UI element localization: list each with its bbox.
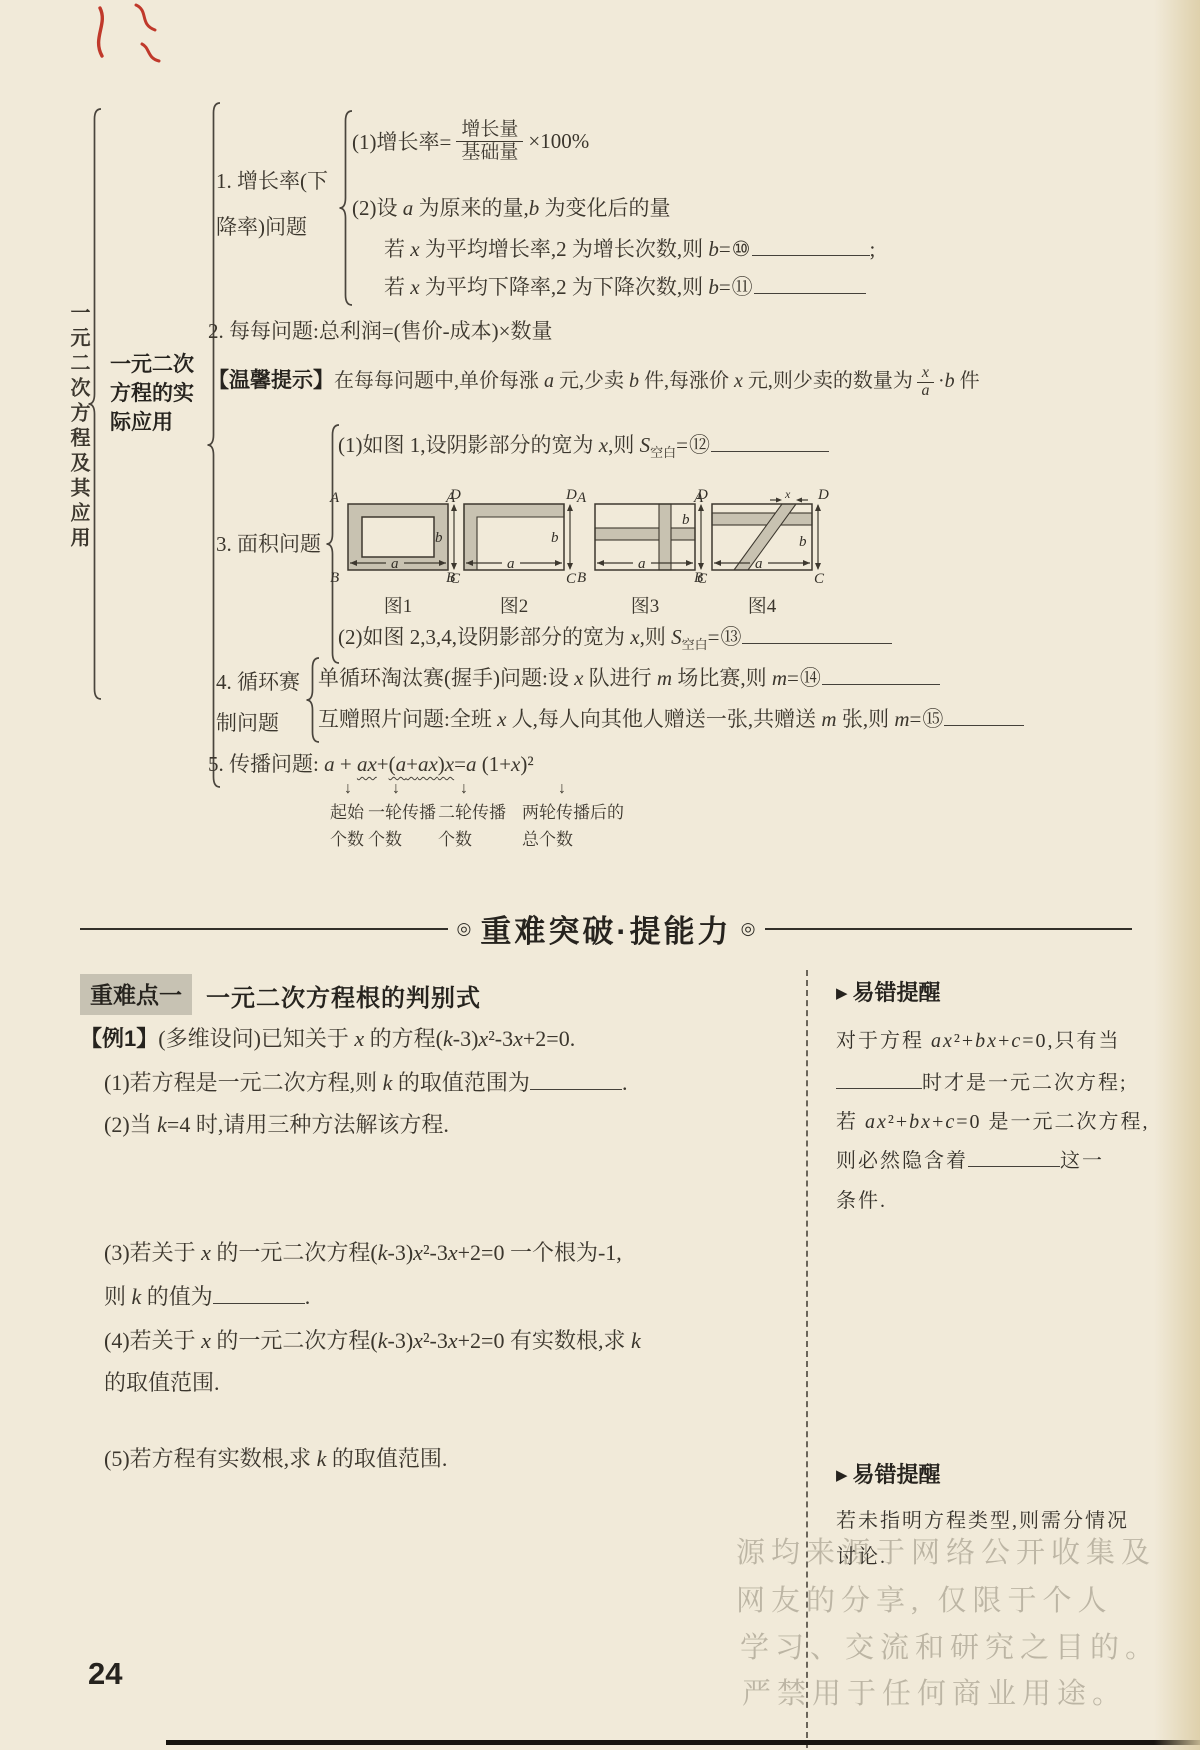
corner-label-A: A [445,490,456,506]
tournament-line-2-text: 互赠照片问题:全班 x 人,每人向其他人赠送一张,共赠送 m 张,则 m= [318,707,921,731]
watermark-line: 学习、交流和研究之目的。 [740,1625,1160,1666]
spread-caption-round-1: 一轮传播个数 [368,799,438,853]
area-line-2: (2)如图 2,3,4,设阴影部分的宽为 x,则 S空白=⑬ [338,621,892,653]
corner-label-A: A [329,490,340,506]
bullseye-icon: ◎ [741,919,756,939]
figure-2: A D B C b a 图2 [444,486,584,618]
tournament-line-2: 互赠照片问题:全班 x 人,每人向其他人赠送一张,共赠送 m 张,则 m=⑮ [318,703,1024,733]
figure-2-caption: 图2 [444,591,584,618]
note1-answer-blank [836,1068,922,1089]
banner-title: 重难突破·提能力 [480,906,731,951]
page-right-edge-shadow [1154,0,1200,1750]
growth-line-3-text: 若 x 为平均增长率,2 为增长次数,则 b= [384,237,731,261]
figure-2-drawing: A D B C b a [444,486,584,586]
q3-text: 则 k 的值为 [104,1284,213,1309]
down-arrow-icon: ↓ [344,780,352,798]
warm-tip-line: 【温馨提示】在每每问题中,单价每涨 a 元,少卖 b 件,每涨价 x 元,则少卖… [208,364,980,400]
example-q2: (2)当 k=4 时,请用三种方法解该方程. [104,1108,449,1139]
q1-text: (1)若方程是一元二次方程,则 k 的取值范围为 [104,1070,530,1095]
growth-fraction: 增长量 基础量 [456,119,523,164]
equals-sign: = [708,625,720,649]
growth-rate-formula: (1)增长率= 增长量 基础量 ×100% [352,114,589,168]
error-alert-title-text: 易错提醒 [853,1462,941,1487]
width-label-a: a [638,556,646,572]
watermark-line: 网友的分享, 仅限于个人 [736,1578,1113,1619]
keypoint-chip: 重难点一 [80,974,192,1015]
warm-tip-text: 在每每问题中,单价每涨 a 元,少卖 b 件,每涨价 x 元,则少卖的数量为 [334,370,913,392]
growth-line-4: 若 x 为平均下降率,2 为下降次数,则 b=⑪ [384,271,866,301]
down-arrow-icon: ↓ [460,780,468,798]
concept-item-growth-label: 1. 增长率(下降率)问题 [216,158,346,250]
answer-blank-10 [752,234,870,256]
fraction-numerator: 增长量 [456,119,523,142]
width-label-a: a [391,556,399,572]
s-subscript: 空白 [682,637,708,652]
tip-fraction-denominator: a [921,383,929,400]
circled-13: ⑬ [720,625,741,649]
circled-15: ⑮ [922,707,943,731]
red-pen-marks-icon [86,2,196,82]
warm-tip-end: ·b 件 [938,370,980,392]
bullseye-icon: ◎ [457,919,472,939]
down-arrow-icon: ↓ [392,780,400,798]
height-label-b: b [799,534,807,550]
concept-item-tournament-label: 4. 循环赛制问题 [216,662,310,744]
spread-label: 5. 传播问题: [208,752,319,776]
watermark-line: 严禁用于任何商业用途。 [742,1671,1127,1712]
example-head-text: (多维设问)已知关于 x 的方程(k-3)x²-3x+2=0. [158,1026,575,1051]
concept-root-label: 一元二次方程的实际应用 [110,350,206,437]
growth-line-3-end: ; [870,237,876,261]
growth-line-4-text: 若 x 为平均下降率,2 为下降次数,则 b= [384,275,731,299]
down-arrow-icon: ↓ [558,780,566,798]
circled-11: ⑪ [732,275,753,299]
triangle-marker-icon: ▶ [836,985,848,1002]
answer-blank-14 [822,663,940,685]
error-alert-title-2: ▶易错提醒 [836,1458,941,1489]
tip-fraction-numerator: x [917,365,934,383]
figure-4: x A D B C b a 图4 [692,486,832,618]
q1-answer-blank [530,1067,622,1090]
equals-sign: = [676,433,688,457]
answer-blank-11 [754,272,866,294]
keypoint-title: 一元二次方程根的判别式 [206,978,481,1013]
strip-width-label-x: x [784,487,791,501]
concept-item-area-label: 3. 面积问题 [216,528,321,558]
textbook-page: 一元二次方程及其应用 一元二次方程的实际应用 1. 增长率(下降率)问题 (1)… [0,0,1200,1750]
spread-formula-line: 5. 传播问题: a + ax+(a+ax)x=a (1+x)² [208,748,534,778]
note1-line-1: 对于方程 ax²+bx+c=0,只有当 [836,1024,1121,1053]
section-banner: ◎ 重难突破·提能力 ◎ [80,906,1132,951]
corner-label-D: D [817,487,829,503]
example-head: 【例1】(多维设问)已知关于 x 的方程(k-3)x²-3x+2=0. [80,1022,575,1053]
banner-rule-right [765,928,1133,930]
triangle-marker-icon: ▶ [836,1467,848,1484]
fraction-denominator: 基础量 [461,142,518,164]
tournament-line-1: 单循环淘汰赛(握手)问题:设 x 队进行 m 场比赛,则 m=⑭ [318,662,940,692]
brace-outer [88,108,102,700]
corner-label-B: B [330,570,339,586]
circled-14: ⑭ [800,666,821,690]
area-line-1-text: (1)如图 1,设阴影部分的宽为 x,则 S [338,433,650,457]
growth-line-3: 若 x 为平均增长率,2 为增长次数,则 b=⑩; [384,233,875,263]
note2-line-1: 若未指明方程类型,则需分情况 [836,1504,1129,1533]
corner-label-B: B [694,570,703,586]
spread-caption-round-2: 二轮传播个数 [438,799,508,853]
circled-10: ⑩ [732,237,751,261]
warm-tip-tag: 【温馨提示】 [208,369,334,392]
plus-sign: + [377,752,389,776]
q1-period: . [622,1070,628,1095]
circled-12: ⑫ [689,433,710,457]
spread-term-ax: ax [357,752,377,776]
note1-line-3: 若 ax²+bx+c=0 是一元二次方程, [836,1105,1150,1134]
corner-label-A: A [576,490,587,506]
note1-line-4-text: 则必然隐含着 [836,1150,968,1172]
formula-prefix: (1)增长率= [352,126,451,156]
concept-item-profit: 2. 每每问题:总利润=(售价-成本)×数量 [208,315,553,345]
example-tag: 【例1】 [80,1026,158,1051]
note1-line-2-text: 时才是一元二次方程; [922,1072,1128,1094]
spread-term-total: =a (1+x)² [454,752,534,776]
note1-line-5: 条件. [836,1184,887,1213]
corner-label-C: C [814,571,825,586]
note1-answer-blank-2 [968,1146,1060,1167]
growth-line-2: (2)设 a 为原来的量,b 为变化后的量 [352,192,671,222]
spread-term-second-round: (a+ax)x [389,752,455,776]
tournament-line-1-text: 单循环淘汰赛(握手)问题:设 x 队进行 m 场比赛,则 m= [318,666,799,690]
height-label-b: b [682,512,690,528]
formula-suffix: ×100% [528,129,589,154]
figure-4-caption: 图4 [692,591,832,618]
height-label-b: b [551,530,559,546]
spread-term-a: a + [324,752,357,776]
s-subscript: 空白 [650,445,676,460]
area-line-1: (1)如图 1,设阴影部分的宽为 x,则 S空白=⑫ [338,429,829,461]
note1-line-4-end: 这一 [1060,1150,1104,1172]
page-number: 24 [88,1656,122,1692]
error-alert-title-1: ▶易错提醒 [836,976,941,1007]
example-q5: (5)若方程有实数根,求 k 的取值范围. [104,1442,447,1473]
width-label-a: a [507,556,515,572]
tip-fraction: xa [917,365,934,400]
corner-label-B: B [577,570,586,586]
q3-answer-blank [213,1281,305,1304]
page-bottom-rule [166,1740,1200,1745]
height-label-b: b [435,530,443,546]
spread-caption-total: 两轮传播后的总个数 [522,799,640,853]
example-q3-line-1: (3)若关于 x 的一元二次方程(k-3)x²-3x+2=0 一个根为-1, [104,1236,622,1267]
note2-line-2: 讨论. [836,1540,887,1569]
sidebar-dashed-divider [806,970,808,1748]
banner-rule-left [80,928,448,930]
answer-blank-13 [742,622,892,644]
note1-line-2: 时才是一元二次方程; [836,1066,1128,1095]
figure-4-drawing: x A D B C b a [692,486,832,586]
answer-blank-12 [711,430,829,452]
corner-label-A: A [693,490,704,506]
q3-period: . [305,1284,311,1309]
corner-label-B: B [446,570,455,586]
example-q4-line-2: 的取值范围. [104,1366,220,1397]
area-line-2-text: (2)如图 2,3,4,设阴影部分的宽为 x,则 S [338,625,682,649]
width-label-a: a [755,556,763,572]
error-alert-title-text: 易错提醒 [853,980,941,1005]
example-q1: (1)若方程是一元二次方程,则 k 的取值范围为. [104,1066,627,1097]
answer-blank-15 [944,704,1024,726]
example-q3-line-2: 则 k 的值为. [104,1280,310,1311]
watermark-line: 源均来源于网络公开收集及 [736,1530,1156,1571]
example-q4-line-1: (4)若关于 x 的一元二次方程(k-3)x²-3x+2=0 有实数根,求 k [104,1324,641,1355]
note1-line-4: 则必然隐含着这一 [836,1144,1104,1173]
